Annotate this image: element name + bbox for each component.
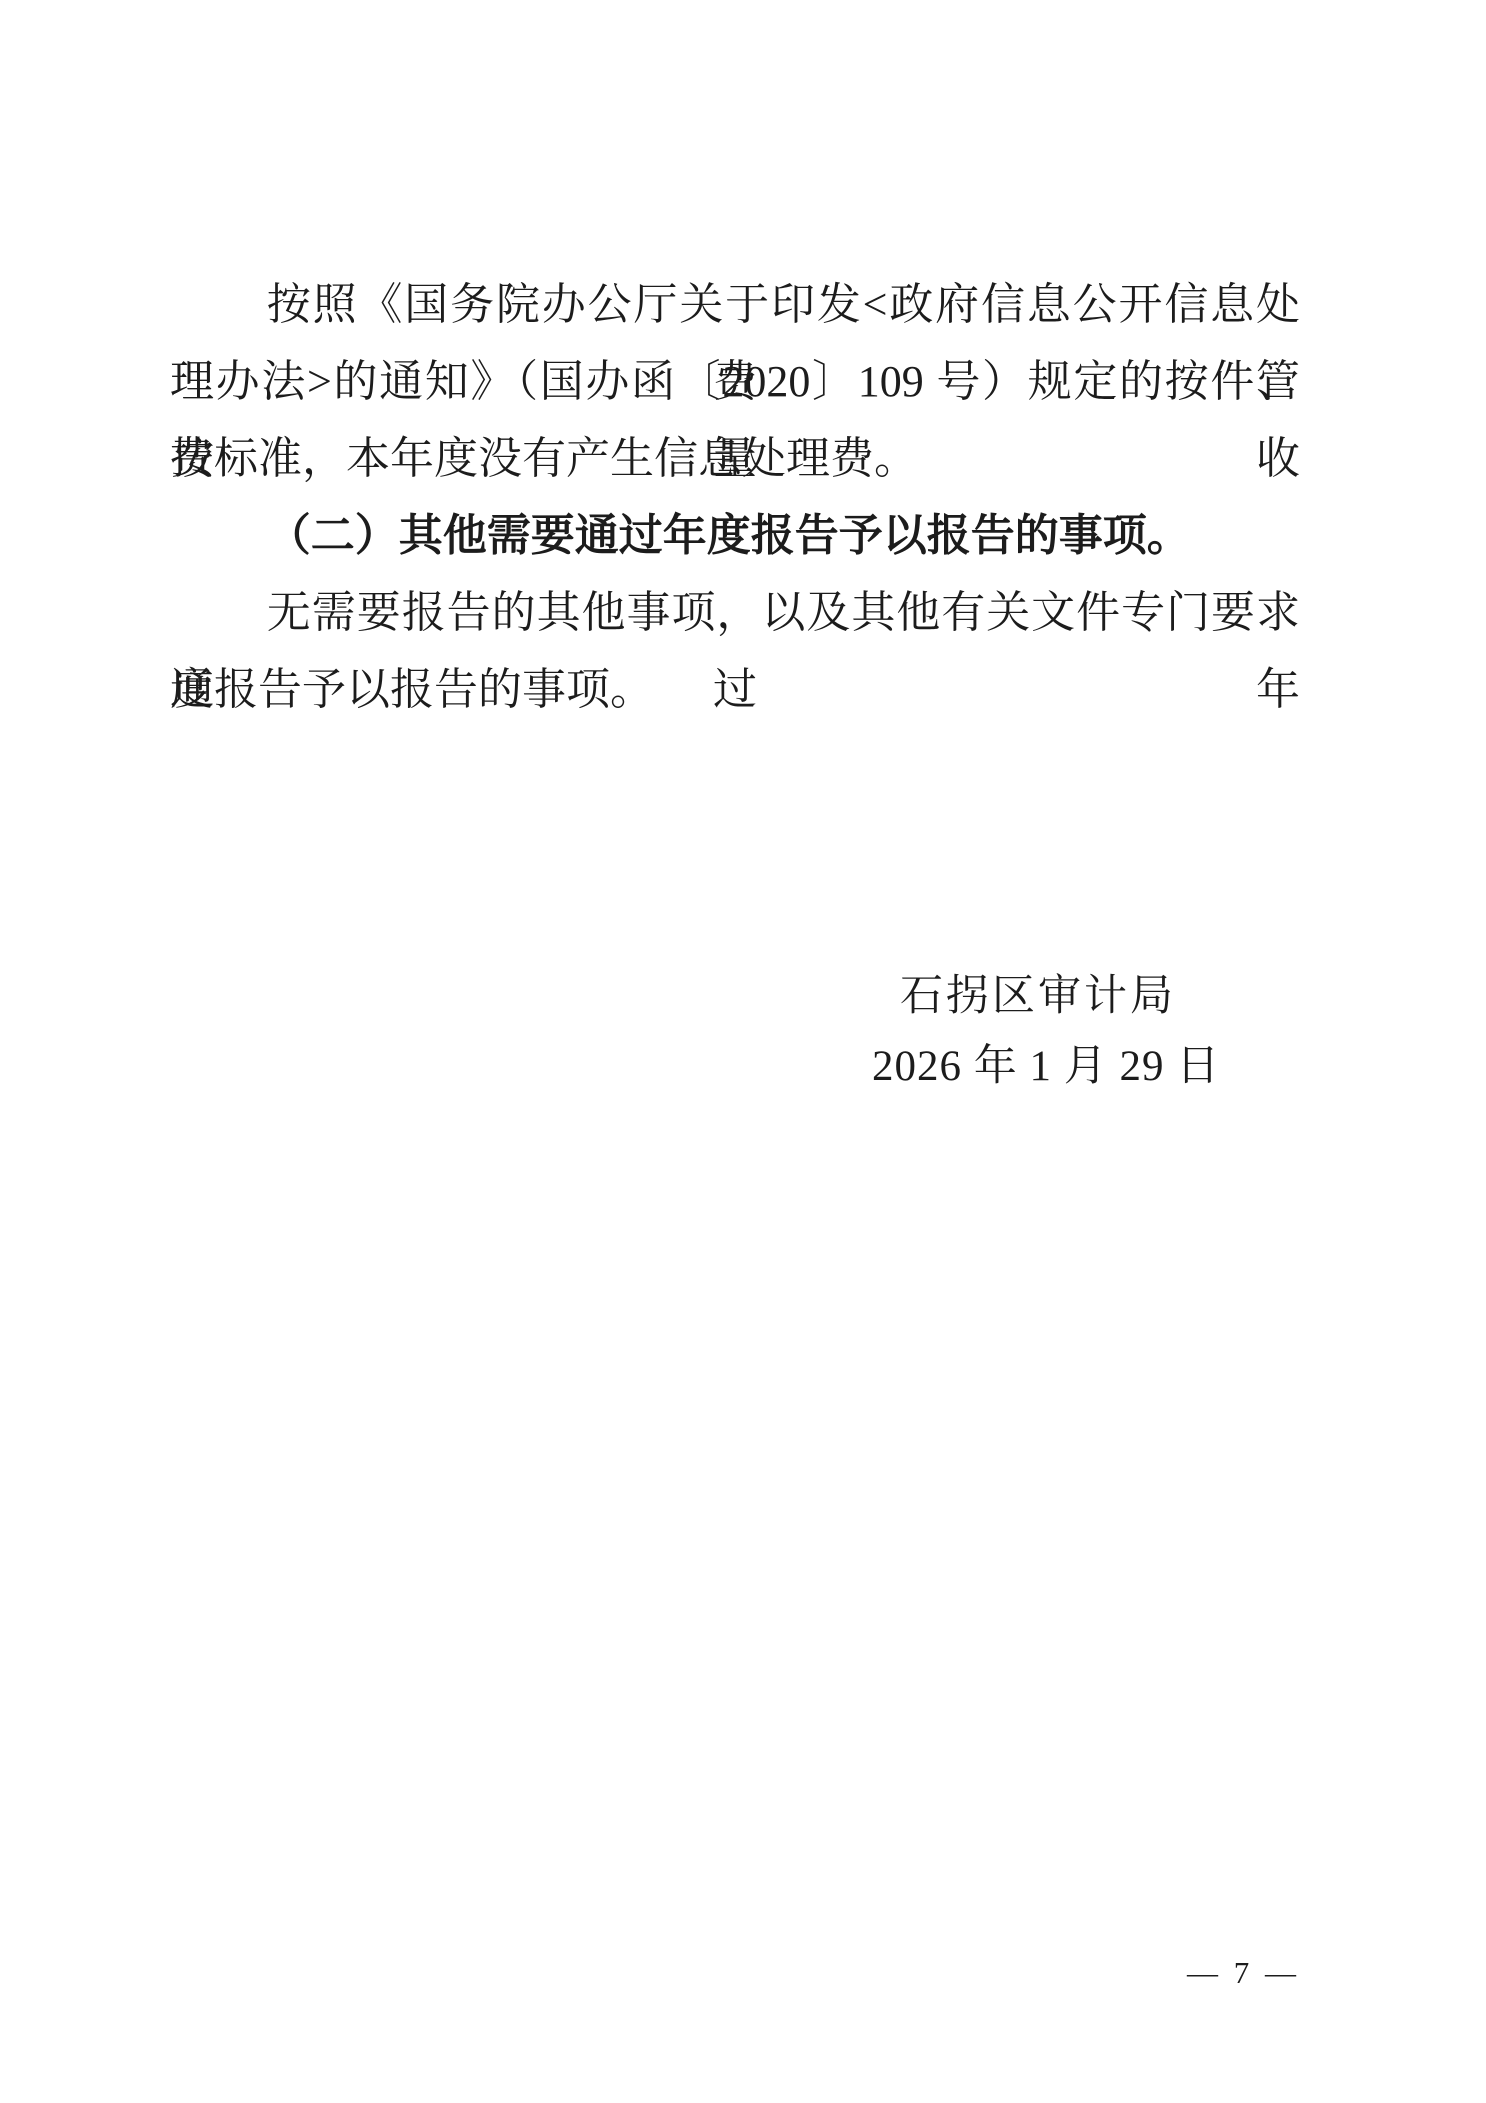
document-body: 按照《国务院办公厅关于印发<政府信息公开信息处理费管 理办法>的通知》（国办函〔…	[170, 266, 1300, 728]
signature-date: 2026 年 1 月 29 日	[872, 1032, 1220, 1093]
document-page: 按照《国务院办公厅关于印发<政府信息公开信息处理费管 理办法>的通知》（国办函〔…	[0, 0, 1486, 2103]
page-number: — 7 —	[1187, 1955, 1300, 1991]
section-heading: （二）其他需要通过年度报告予以报告的事项。	[170, 497, 1300, 574]
signature-organization: 石拐区审计局	[900, 962, 1176, 1023]
paragraph1-line-1: 按照《国务院办公厅关于印发<政府信息公开信息处理费管	[170, 266, 1300, 343]
paragraph1-line-2: 理办法>的通知》（国办函〔2020〕109 号）规定的按件、按量收	[170, 343, 1300, 420]
paragraph2-line-1: 无需要报告的其他事项，以及其他有关文件专门要求通过年	[170, 574, 1300, 651]
